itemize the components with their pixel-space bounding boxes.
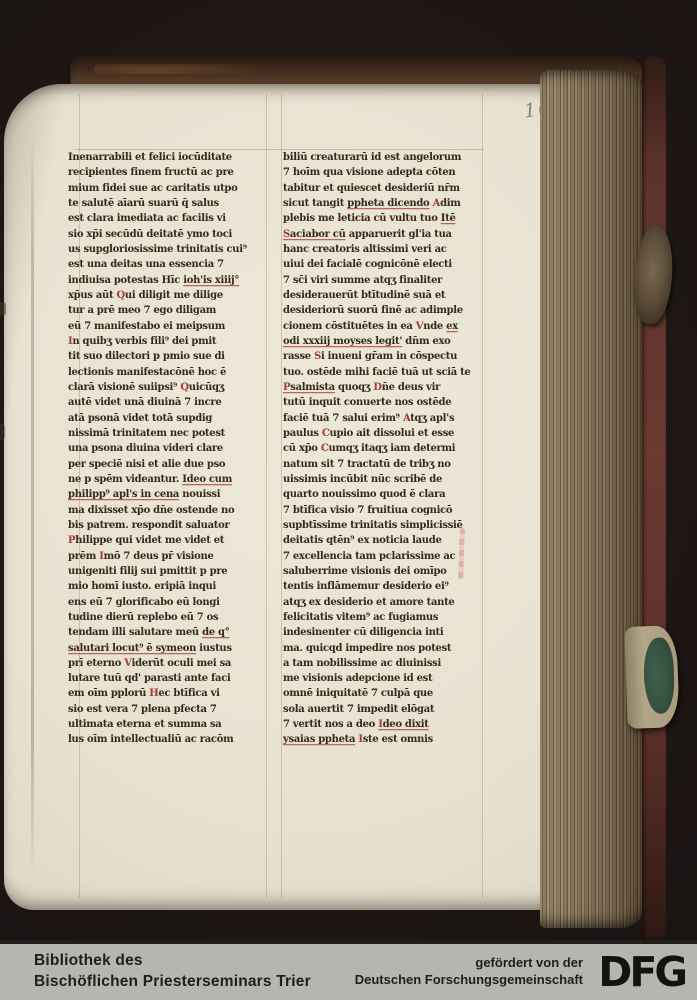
- clasp-remnant-lower: [624, 625, 680, 729]
- manuscript-line: prēm Imō 7 deus pr̄ visione: [68, 548, 275, 564]
- manuscript-line: tendam illi salutare meū de q°: [68, 625, 275, 641]
- manuscript-line: te salutē aīarū suarū q̄ salus: [68, 196, 275, 212]
- manuscript-line: tur a prē meo 7 ego diligam: [68, 303, 275, 319]
- manuscript-line: est una deitas una essencia 7: [68, 257, 275, 273]
- funding-credit-line2: Deutschen Forschungsgemeinschaft: [355, 971, 583, 988]
- manuscript-line: uissimis incūbit nūc scribē de: [283, 472, 490, 488]
- manuscript-line: faciē tuā 7 salui erim⁹ Atqʒ apl's: [283, 410, 490, 426]
- manuscript-line: salutari locut⁹ ē symeon iustus: [68, 640, 275, 656]
- manuscript-line: ens eū 7 glorificabo eū longi: [68, 594, 275, 610]
- manuscript-line: a tam nobilissime ac diuinissi: [283, 656, 490, 672]
- manuscript-line: Psalmista quoqʒ Dn̄e deus vir: [283, 380, 490, 396]
- manuscript-line: prī eterno Viderūt oculi mei sa: [68, 656, 275, 672]
- manuscript-line: Philippe qui videt me videt et: [68, 533, 275, 549]
- manuscript-line: tuo. ostēde mihi faciē tuā ut sciā te: [283, 364, 490, 380]
- manuscript-line: 7 vertit nos a deo Ideo dixit: [283, 717, 490, 733]
- manuscript-line: autē videt unā diuinā 7 incre: [68, 395, 275, 411]
- manuscript-scan-viewer: Inenarrabili et felici iocūditaterecipie…: [0, 0, 697, 1000]
- manuscript-line: hanc creatoris altissimi veri ac: [283, 242, 490, 258]
- manuscript-line: sio xp̄i secūdū deitatē ymo toci: [68, 226, 275, 242]
- manuscript-line: paulus Cupio ait dissolui et esse: [283, 426, 490, 442]
- manuscript-line: 7 hoīm qua visione adepta cōten: [283, 165, 490, 181]
- manuscript-line: 7 sc̄i viri summe atqʒ finaliter: [283, 272, 490, 288]
- manuscript-line: recipientes finem fructū ac pre: [68, 165, 275, 181]
- book-photograph: Inenarrabili et felici iocūditaterecipie…: [0, 0, 697, 940]
- manuscript-line: tentis inflāmemur desiderio ei⁹: [283, 579, 490, 595]
- manuscript-line: sicut tangit ppheta dicendo Adim: [283, 196, 490, 212]
- manuscript-line: clarā visionē suiipsi⁹ Quicūqʒ: [68, 380, 275, 396]
- manuscript-line: lus oīm intellectualiū ac racōm: [68, 732, 275, 748]
- manuscript-line: ne p spēm videantur. Ideo cum: [68, 472, 275, 488]
- manuscript-line: bis patrem. respondit saluator: [68, 518, 275, 534]
- manuscript-line: mium fidei sue ac caritatis utpo: [68, 180, 275, 196]
- manuscript-line: Saciabor cū apparuerit gl'ia tua: [283, 226, 490, 242]
- library-name: Bibliothek des Bischöflichen Priestersem…: [34, 950, 311, 992]
- manuscript-line: me visionis adepcione id est: [283, 671, 490, 687]
- manuscript-line: tudine dierū replebo eū 7 os: [68, 610, 275, 626]
- manuscript-line: nissimā trinitatem nec potest: [68, 426, 275, 442]
- manuscript-line: em oīm pplorū Hec btīfica vi: [68, 686, 275, 702]
- manuscript-line: sio est vera 7 plena pfecta 7: [68, 702, 275, 718]
- gutter-crease: [31, 130, 34, 876]
- manuscript-line: philipp⁹ apl's in cena nouissi: [68, 487, 275, 503]
- credit-footer-bar: Bibliothek des Bischöflichen Priestersem…: [0, 940, 697, 1000]
- manuscript-line: felicitatis vitem⁹ ac fugiamus: [283, 610, 490, 626]
- manuscript-line: ma. quicqd impedire nos potest: [283, 640, 490, 656]
- manuscript-line: tabitur et quiescet desideriū nr̄m: [283, 180, 490, 196]
- manuscript-line: sola auertit 7 impedit elōgat: [283, 702, 490, 718]
- manuscript-line: mio homī iusto. eripiā inqui: [68, 579, 275, 595]
- manuscript-line: In quibʒ verbis fili⁹ dei pmit: [68, 334, 275, 350]
- manuscript-line: odi xxxiij moyses legit' dn̄m exo: [283, 334, 490, 350]
- ruling-line-center-b: [281, 94, 282, 898]
- parchment-page: Inenarrabili et felici iocūditaterecipie…: [4, 84, 556, 910]
- library-name-line1: Bibliothek des: [34, 950, 311, 971]
- manuscript-line: est clara imediata ac facilis vi: [68, 211, 275, 227]
- manuscript-line: rasse Si inueni gr̄am in cōspectu: [283, 349, 490, 365]
- manuscript-line: 7 btīfica visio 7 fruitiua cognicō: [283, 502, 490, 518]
- manuscript-line: cionem cōstituētes in ea Vnde ex: [283, 318, 490, 334]
- text-column-left: Inenarrabili et felici iocūditaterecipie…: [68, 150, 275, 748]
- dfg-logo: DFG: [598, 948, 685, 996]
- manuscript-line: lutare tuū qd' parasti ante faci: [68, 671, 275, 687]
- manuscript-line: quarto nouissimo quod ē clara: [283, 487, 490, 503]
- manuscript-line: unigeniti filij sui pmittit p pre: [68, 564, 275, 580]
- manuscript-line: per speciē nisi et alie due pso: [68, 456, 275, 472]
- manuscript-line: ysaias ppheta Iste est omnis: [283, 732, 490, 748]
- manuscript-line: omnē iniquitatē 7 culpā que: [283, 686, 490, 702]
- manuscript-line: xp̄us aūt Qui diligit me dilige: [68, 288, 275, 304]
- funding-credit: gefördert von der Deutschen Forschungsge…: [355, 954, 583, 988]
- fore-edge-page-stack: [540, 70, 646, 928]
- manuscript-line: uiui dei facialē cognicōnē electi: [283, 257, 490, 273]
- manuscript-line: indesinenter cū diligencia inti: [283, 625, 490, 641]
- text-column-right: biliū creaturarū id est angelorum7 hoīm …: [283, 150, 490, 748]
- manuscript-line: biliū creaturarū id est angelorum: [283, 150, 490, 166]
- manuscript-line: atqʒ ex desiderio et amore tante: [283, 594, 490, 610]
- manuscript-line: tutū inquit conuerte nos ostēde: [283, 395, 490, 411]
- clasp-metal-plate: [643, 637, 676, 714]
- manuscript-line: ma dixisset xp̄o dn̄e ostende no: [68, 502, 275, 518]
- manuscript-line: desiderauerūt btītudinē suā et: [283, 288, 490, 304]
- manuscript-line: cū xp̄o Cumqʒ itaqʒ iam determi: [283, 441, 490, 457]
- manuscript-line: eū 7 manifestabo ei meipsum: [68, 318, 275, 334]
- manuscript-line: plebis me leticia cū vultu tuo Itē: [283, 211, 490, 227]
- manuscript-line: natum sit 7 tractatū de tribʒ no: [283, 456, 490, 472]
- manuscript-line: atā psonā videt totā supdig: [68, 410, 275, 426]
- funding-credit-line1: gefördert von der: [355, 954, 583, 971]
- manuscript-line: indiuisa potestas Hīc ioh'is xiiij°: [68, 272, 275, 288]
- leather-binding-edge: [642, 56, 666, 940]
- manuscript-line: ultimata eterna et summa sa: [68, 717, 275, 733]
- library-name-line2: Bischöflichen Priesterseminars Trier: [34, 971, 311, 992]
- manuscript-line: desideriorū suorū finē ac adimple: [283, 303, 490, 319]
- manuscript-line: una psona diuina videri clare: [68, 441, 275, 457]
- manuscript-line: us supgloriosissime trinitatis cui⁹: [68, 242, 275, 258]
- manuscript-line: tit suo dilectori p pmio sue di: [68, 349, 275, 365]
- facing-page-text-bleed: [0, 302, 6, 316]
- manuscript-line: lectionis manifestacōnē hoc ē: [68, 364, 275, 380]
- facing-page-text-bleed: [0, 424, 5, 440]
- manuscript-line: Inenarrabili et felici iocūditate: [68, 150, 275, 166]
